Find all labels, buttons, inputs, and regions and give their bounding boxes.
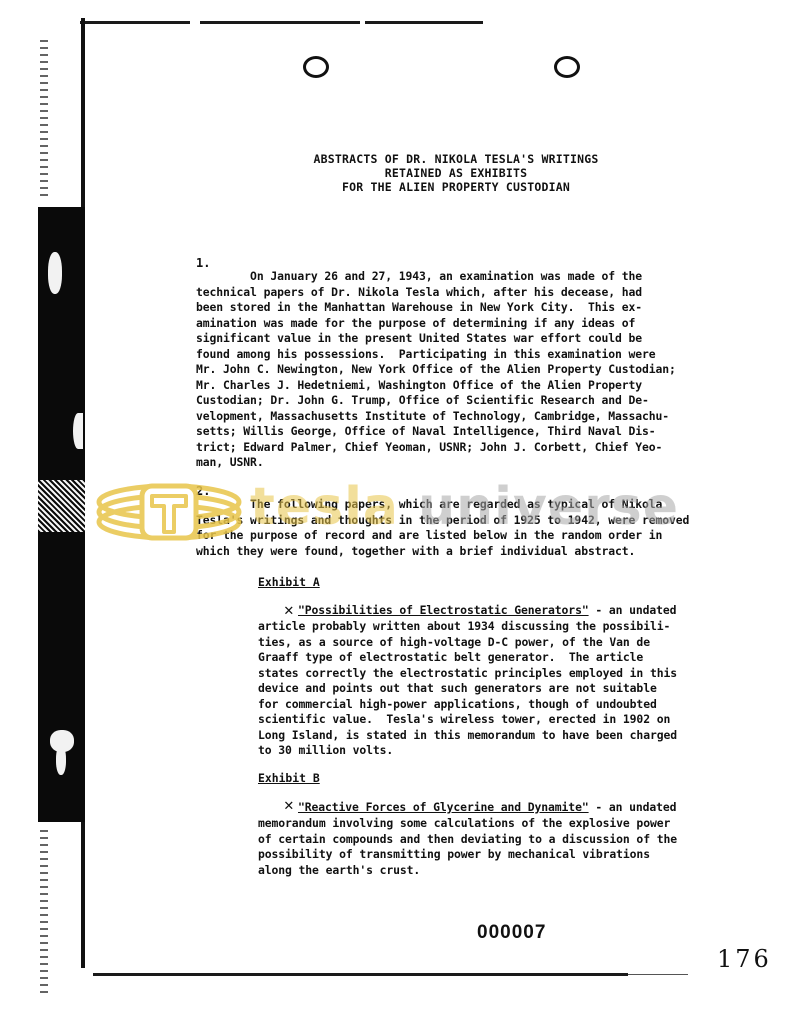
text-line: been stored in the Manhattan Warehouse i…	[196, 300, 676, 316]
exhibit-a-abstract: article probably written about 1934 disc…	[258, 619, 677, 759]
exhibit-b-title: "Reactive Forces of Glycerine and Dynami…	[298, 800, 589, 814]
scan-top-rule	[80, 21, 190, 24]
text-line: setts; Willis George, Office of Naval In…	[196, 424, 676, 440]
text-line: for commercial high-power applications, …	[258, 697, 677, 713]
exhibit-b-title-line: "Reactive Forces of Glycerine and Dynami…	[298, 800, 676, 816]
scan-bottom-rule	[628, 974, 688, 975]
document-number: 000007	[477, 922, 546, 944]
title-line: FOR THE ALIEN PROPERTY CUSTODIAN	[0, 180, 800, 194]
text-line: device and points out that such generato…	[258, 681, 677, 697]
text-line: which they were found, together with a b…	[196, 544, 689, 560]
watermark-text: tesla universe	[250, 477, 679, 537]
handwritten-page-number: 176	[717, 945, 772, 973]
document-title: ABSTRACTS OF DR. NIKOLA TESLA'S WRITINGS…	[0, 152, 800, 194]
text-line: Graaff type of electrostatic belt genera…	[258, 650, 677, 666]
text-line: technical papers of Dr. Nikola Tesla whi…	[196, 285, 676, 301]
text-line: memorandum involving some calculations o…	[258, 816, 677, 832]
section-1-paragraph: On January 26 and 27, 1943, an examinati…	[196, 269, 676, 471]
tesla-universe-logo-icon	[94, 480, 244, 544]
text-line: scientific value. Tesla's wireless tower…	[258, 712, 677, 728]
text-line: found among his possessions. Participati…	[196, 347, 676, 363]
title-line: ABSTRACTS OF DR. NIKOLA TESLA'S WRITINGS	[0, 152, 800, 166]
text-line: trict; Edward Palmer, Chief Yeoman, USNR…	[196, 440, 676, 456]
exhibit-b-heading: Exhibit B	[258, 771, 320, 785]
scan-blot	[56, 745, 66, 775]
scan-top-rule	[200, 21, 360, 24]
text-line: significant value in the present United …	[196, 331, 676, 347]
text-line: states correctly the electrostatic princ…	[258, 666, 677, 682]
check-mark-icon: ✕	[284, 600, 294, 619]
text-line: ties, as a source of high-voltage D-C po…	[258, 635, 677, 651]
check-mark-icon: ✕	[284, 795, 294, 814]
scan-speckle-band	[38, 480, 85, 532]
exhibit-a-title-line: "Possibilities of Electrostatic Generato…	[298, 603, 676, 619]
scan-blot	[73, 413, 83, 449]
text-line: Custodian; Dr. John G. Trump, Office of …	[196, 393, 676, 409]
punch-hole-left-icon	[303, 56, 329, 78]
text-line: of certain compounds and then deviating …	[258, 832, 677, 848]
scan-top-rule	[365, 21, 483, 24]
text-line: amination was made for the purpose of de…	[196, 316, 676, 332]
section-number: 1.	[196, 256, 210, 270]
watermark-brand-part1: tesla	[250, 477, 399, 537]
exhibit-a-heading: Exhibit A	[258, 575, 320, 589]
text-line: man, USNR.	[196, 455, 676, 471]
scan-bottom-rule	[93, 973, 628, 976]
text-line: velopment, Massachusetts Institute of Te…	[196, 409, 676, 425]
text-line: article probably written about 1934 disc…	[258, 619, 677, 635]
exhibit-b-abstract: memorandum involving some calculations o…	[258, 816, 677, 878]
watermark-brand-part2: universe	[418, 477, 679, 537]
exhibit-a-title-rest: - an undated	[589, 603, 677, 617]
scan-margin-noise	[40, 830, 48, 995]
text-line: possibility of transmitting power by mec…	[258, 847, 677, 863]
text-line: Mr. John C. Newington, New York Office o…	[196, 362, 676, 378]
punch-hole-right-icon	[554, 56, 580, 78]
text-line: to 30 million volts.	[258, 743, 677, 759]
text-line: On January 26 and 27, 1943, an examinati…	[196, 269, 676, 285]
title-line: RETAINED AS EXHIBITS	[0, 166, 800, 180]
text-line: Long Island, is stated in this memorandu…	[258, 728, 677, 744]
text-line: along the earth's crust.	[258, 863, 677, 879]
scan-blot	[48, 252, 62, 294]
exhibit-b-title-rest: - an undated	[589, 800, 677, 814]
exhibit-a-title: "Possibilities of Electrostatic Generato…	[298, 603, 589, 617]
text-line: Mr. Charles J. Hedetniemi, Washington Of…	[196, 378, 676, 394]
